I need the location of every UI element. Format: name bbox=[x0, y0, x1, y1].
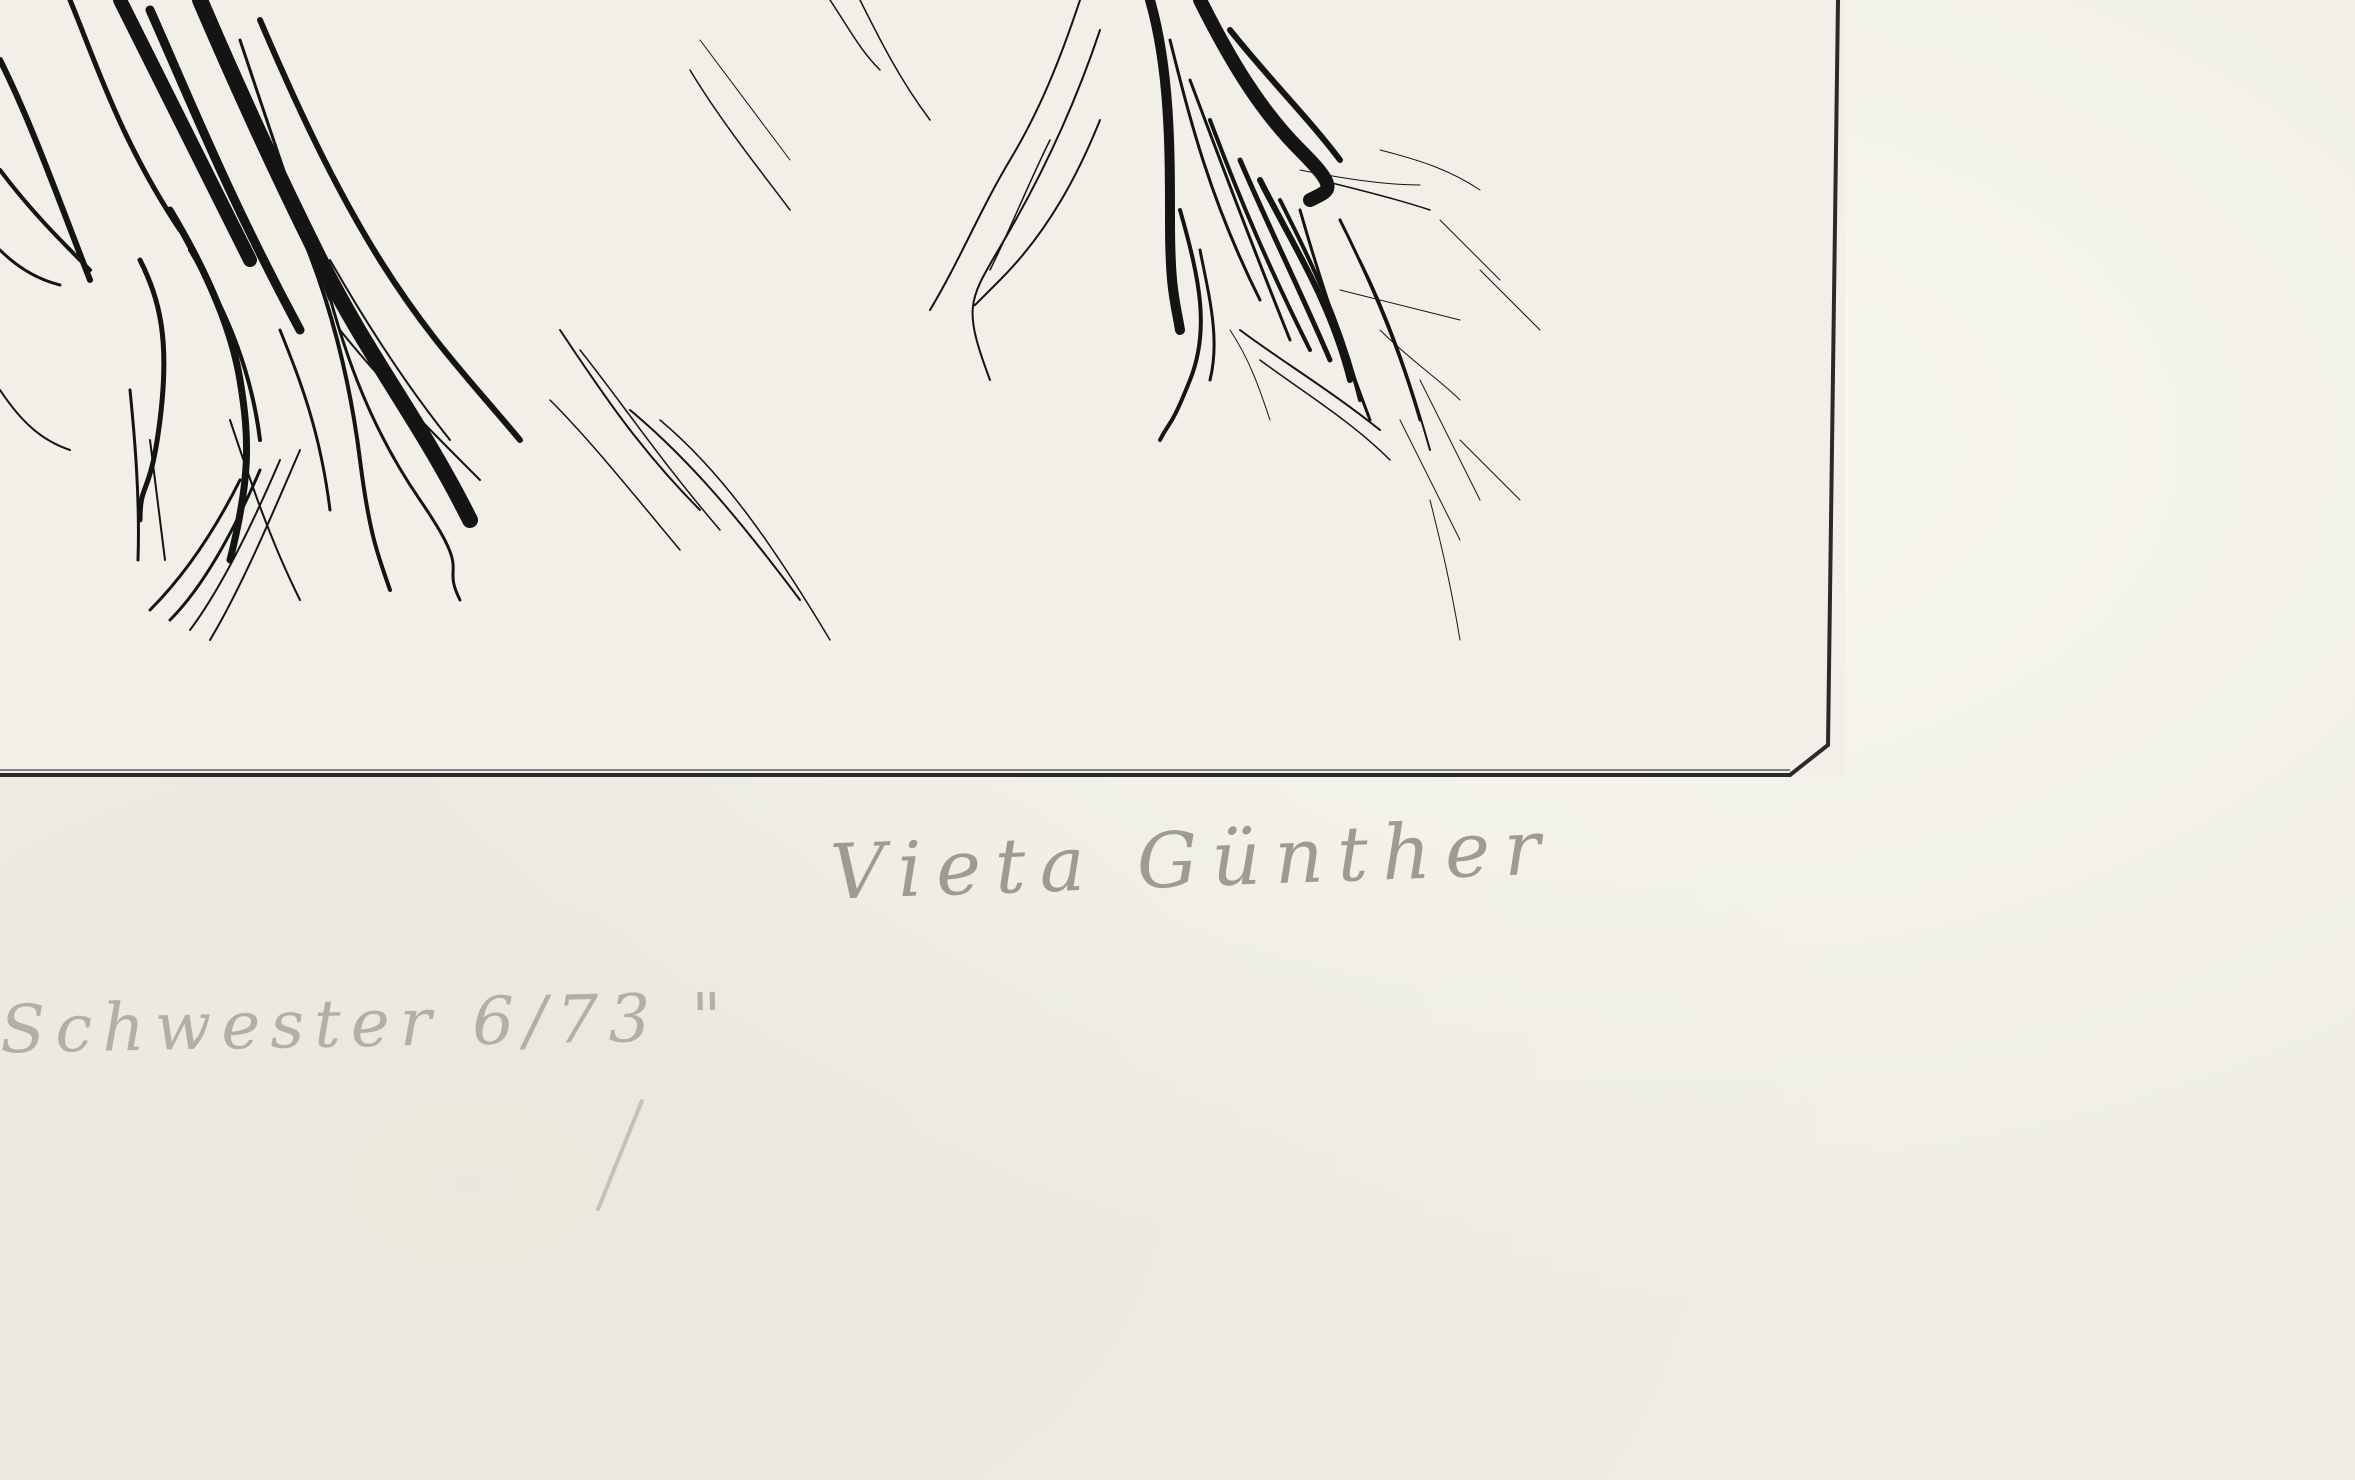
title-inscription: Schwester 6/73 " bbox=[0, 979, 732, 1069]
etching-image bbox=[0, 0, 1860, 790]
